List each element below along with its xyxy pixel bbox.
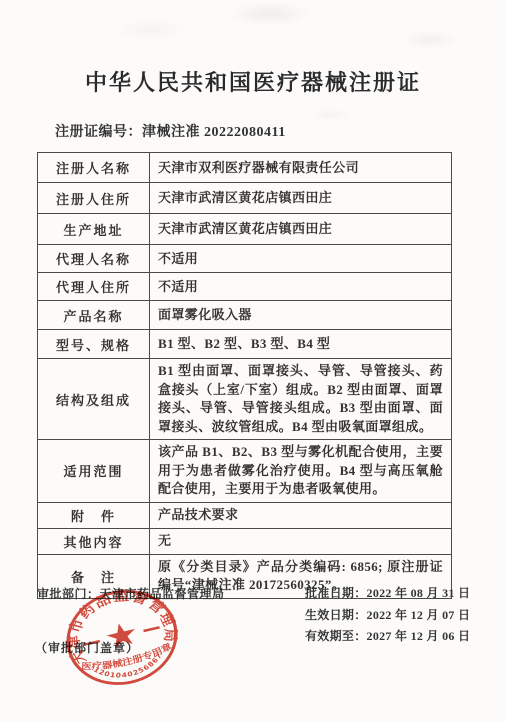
table-row-product-name: 产品名称 面罩雾化吸入器 — [38, 301, 452, 330]
row-label: 生产地址 — [38, 214, 150, 245]
expiry-date-value: 2027 年 12 月 06 日 — [367, 629, 471, 643]
date-block: 批准日期：2022 年 08 月 31 日 生效日期：2022 年 12 月 0… — [305, 583, 470, 648]
effective-date-label: 生效日期： — [305, 608, 367, 622]
row-value: 天津市武清区黄花店镇西田庄 — [150, 214, 452, 245]
effective-date-line: 生效日期：2022 年 12 月 07 日 — [305, 605, 470, 627]
row-value: B1 型、B2 型、B3 型、B4 型 — [150, 330, 452, 359]
table-row-registrant-address: 注册人住所 天津市武清区黄花店镇西田庄 — [38, 183, 452, 214]
table-row-production-address: 生产地址 天津市武清区黄花店镇西田庄 — [38, 214, 452, 245]
row-value: 该产品 B1、B2、B3 型与雾化机配合使用，主要用于为患者做雾化治疗使用。B4… — [150, 440, 452, 503]
table-row-attachment: 附 件 产品技术要求 — [38, 502, 452, 528]
table-row-other-content: 其他内容 无 — [38, 528, 452, 554]
row-label: 注册人名称 — [38, 153, 150, 183]
page-title: 中华人民共和国医疗器械注册证 — [0, 66, 506, 97]
row-value: 产品技术要求 — [150, 502, 452, 528]
expiry-date-line: 有效期至：2027 年 12 月 06 日 — [305, 626, 470, 648]
certificate-page: 中华人民共和国医疗器械注册证 注册证编号：津械注准 20222080411 注册… — [0, 0, 506, 721]
row-label: 型号、规格 — [38, 330, 150, 359]
stamp-right-dash — [143, 626, 160, 632]
stamp-left-dash — [83, 640, 100, 646]
table-row-agent-name: 代理人名称 不适用 — [38, 245, 452, 273]
approval-date-value: 2022 年 08 月 31 日 — [367, 586, 471, 600]
certificate-table: 注册人名称 天津市双利医疗器械有限责任公司 注册人住所 天津市武清区黄花店镇西田… — [37, 152, 452, 599]
table-row-intended-use: 适用范围 该产品 B1、B2、B3 型与雾化机配合使用，主要用于为患者做雾化治疗… — [38, 440, 452, 503]
row-value: 面罩雾化吸入器 — [150, 301, 452, 330]
row-value: 无 — [150, 528, 452, 554]
row-value: B1 型由面罩、面罩接头、导管、导管接头、药盒接头（上室/下室）组成。B2 型由… — [150, 359, 452, 440]
row-value: 不适用 — [150, 245, 452, 273]
row-value: 天津市武清区黄花店镇西田庄 — [150, 183, 452, 214]
registration-number-label: 注册证编号： — [55, 125, 142, 140]
table-row-model-spec: 型号、规格 B1 型、B2 型、B3 型、B4 型 — [38, 330, 452, 359]
table-row-agent-address: 代理人住所 不适用 — [38, 273, 452, 301]
stamp-star-icon — [105, 620, 139, 649]
row-value: 天津市双利医疗器械有限责任公司 — [150, 153, 452, 183]
row-label: 结构及组成 — [38, 359, 150, 440]
row-label: 其他内容 — [38, 528, 150, 554]
row-label: 注册人住所 — [38, 183, 150, 214]
row-label: 适用范围 — [38, 440, 150, 503]
table-row-registrant-name: 注册人名称 天津市双利医疗器械有限责任公司 — [38, 153, 452, 183]
row-label: 代理人名称 — [38, 245, 150, 273]
effective-date-value: 2022 年 12 月 07 日 — [367, 608, 471, 622]
registration-number-line: 注册证编号：津械注准 20222080411 — [55, 121, 286, 141]
row-label: 代理人住所 — [38, 273, 150, 301]
table-row-structure-composition: 结构及组成 B1 型由面罩、面罩接头、导管、导管接头、药盒接头（上室/下室）组成… — [38, 359, 452, 440]
expiry-date-label: 有效期至： — [305, 629, 367, 643]
approval-date-label: 批准日期： — [305, 586, 367, 600]
approval-date-line: 批准日期：2022 年 08 月 31 日 — [305, 583, 470, 605]
registration-number-value: 津械注准 20222080411 — [142, 125, 286, 140]
row-label: 产品名称 — [38, 301, 150, 330]
row-label: 附 件 — [38, 502, 150, 528]
row-value: 不适用 — [150, 273, 452, 301]
